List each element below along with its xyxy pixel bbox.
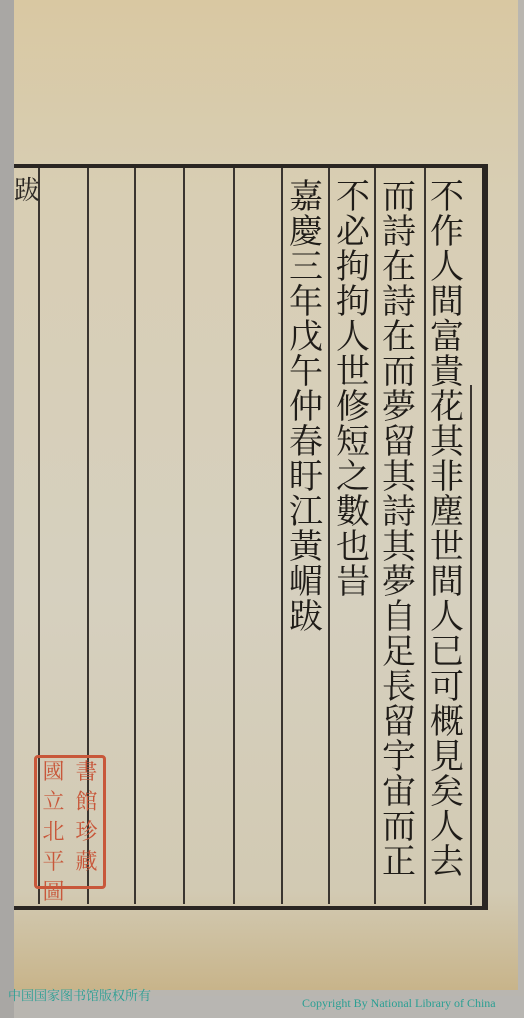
text-char: 必	[336, 215, 370, 250]
text-char: 已	[430, 635, 464, 670]
text-char: 貴	[430, 355, 464, 390]
seal-char: 館	[70, 788, 103, 818]
text-char: 年	[289, 285, 323, 320]
text-char: 間	[430, 285, 464, 320]
margin-title-char: 跋	[14, 170, 40, 207]
text-column-1: 不作人間富貴花其非塵世間人已可概見矣人去	[424, 180, 470, 880]
seal-char: 平圖	[37, 848, 70, 908]
column-rule	[470, 385, 472, 905]
text-char: 數	[336, 495, 370, 530]
text-char: 詩	[382, 495, 416, 530]
column-rule	[134, 168, 136, 904]
text-char: 塵	[430, 495, 464, 530]
text-char: 富	[430, 320, 464, 355]
text-char: 人	[336, 320, 370, 355]
text-char: 夢	[382, 565, 416, 600]
seal-char: 藏	[70, 848, 103, 908]
text-char: 留	[382, 425, 416, 460]
text-char: 而	[382, 810, 416, 845]
text-char: 嵋	[289, 565, 323, 600]
text-char: 江	[289, 495, 323, 530]
text-char: 不	[336, 180, 370, 215]
text-char: 作	[430, 215, 464, 250]
library-seal: 國書立館北珍平圖藏	[34, 755, 106, 889]
watermark-english: Copyright By National Library of China	[302, 996, 496, 1011]
text-char: 拘	[336, 285, 370, 320]
text-char: 短	[336, 425, 370, 460]
text-char: 詩	[382, 285, 416, 320]
text-char: 世	[336, 355, 370, 390]
text-char: 其	[382, 530, 416, 565]
text-char: 矣	[430, 775, 464, 810]
text-char: 仲	[289, 390, 323, 425]
text-char: 世	[430, 530, 464, 565]
text-column-2: 而詩在詩在而夢留其詩其夢自足長留宇宙而正	[376, 180, 422, 880]
text-char: 見	[430, 740, 464, 775]
text-char: 足	[382, 635, 416, 670]
text-char: 而	[382, 180, 416, 215]
text-char: 修	[336, 390, 370, 425]
seal-char: 立	[37, 788, 70, 818]
seal-char: 珍	[70, 818, 103, 848]
text-char: 戊	[289, 320, 323, 355]
text-char: 去	[430, 845, 464, 880]
text-char: 盱	[289, 460, 323, 495]
watermark-chinese: 中国国家图书馆版权所有	[8, 985, 151, 1004]
text-char: 人	[430, 250, 464, 285]
text-char: 慶	[289, 215, 323, 250]
text-char: 三	[289, 250, 323, 285]
seal-char: 書	[70, 758, 103, 788]
seal-char: 國	[37, 758, 70, 788]
text-char: 概	[430, 705, 464, 740]
text-char: 之	[336, 460, 370, 495]
text-char: 不	[430, 180, 464, 215]
text-char: 跋	[289, 600, 323, 635]
text-char: 午	[289, 355, 323, 390]
text-char: 在	[382, 320, 416, 355]
text-char: 人	[430, 600, 464, 635]
text-char: 正	[382, 845, 416, 880]
text-char: 夢	[382, 390, 416, 425]
text-char: 非	[430, 460, 464, 495]
text-char: 人	[430, 810, 464, 845]
text-char: 間	[430, 565, 464, 600]
text-char: 宇	[382, 740, 416, 775]
text-char: 拘	[336, 250, 370, 285]
text-char: 花	[430, 390, 464, 425]
text-column-4: 嘉慶三年戊午仲春盱江黃嵋跋	[283, 180, 329, 635]
text-column-3: 不必拘拘人世修短之數也旹	[330, 180, 376, 600]
text-char: 其	[430, 425, 464, 460]
text-char: 而	[382, 355, 416, 390]
text-char: 留	[382, 705, 416, 740]
text-char: 春	[289, 425, 323, 460]
text-char: 旹	[336, 565, 370, 600]
text-char: 長	[382, 670, 416, 705]
text-char: 也	[336, 530, 370, 565]
column-rule	[183, 168, 185, 904]
scan-background-strip	[0, 0, 14, 1018]
text-char: 嘉	[289, 180, 323, 215]
text-char: 宙	[382, 775, 416, 810]
text-char: 在	[382, 250, 416, 285]
seal-char: 北	[37, 818, 70, 848]
text-char: 自	[382, 600, 416, 635]
column-rule	[233, 168, 235, 904]
text-char: 可	[430, 670, 464, 705]
text-char: 其	[382, 460, 416, 495]
text-char: 詩	[382, 215, 416, 250]
text-char: 黃	[289, 530, 323, 565]
